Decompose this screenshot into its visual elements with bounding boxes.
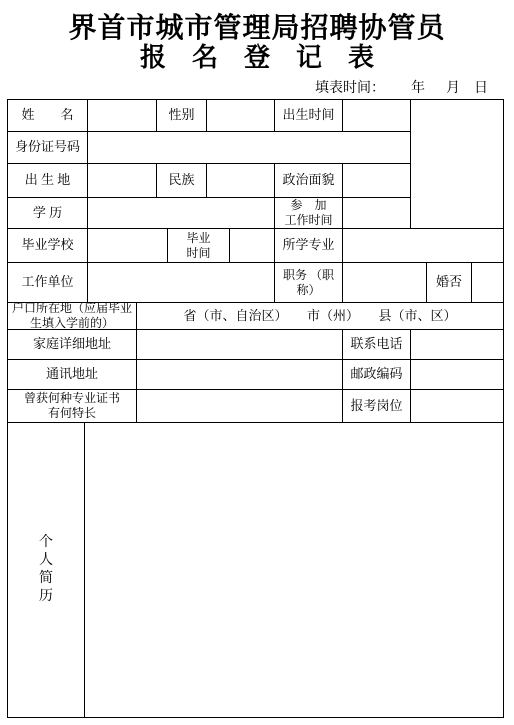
fill-time-label: 填表时间： — [315, 81, 385, 96]
birth-time-label: 出生时间 — [282, 107, 334, 123]
political-status-label: 政治面貌 — [282, 172, 334, 188]
phone-input-cell[interactable] — [411, 330, 504, 360]
grad-time-input-cell[interactable] — [230, 229, 275, 263]
marital-status-input-cell[interactable] — [472, 263, 504, 303]
certificates-input-cell[interactable] — [137, 390, 343, 423]
grad-school-input-cell[interactable] — [88, 229, 168, 263]
position-title-input-cell[interactable] — [343, 263, 427, 303]
id-number-input-cell[interactable] — [88, 132, 411, 164]
postal-code-input-cell[interactable] — [411, 360, 504, 390]
grad-time-label: 毕业 时间 — [186, 231, 210, 261]
form-title-line2: 报 名 登 记 表 — [0, 37, 514, 74]
registration-form-table: 姓 名 性别 出生时间 身份证号码 出 生 地 民族 政治面貌 学 历 参 加 … — [7, 99, 504, 718]
certificates-label: 曾获何种专业证书 有何特长 — [24, 391, 120, 421]
apply-position-label: 报考岗位 — [350, 398, 402, 414]
resume-label: 个 人 简 历 — [39, 534, 53, 607]
major-label: 所学专业 — [282, 237, 334, 253]
hukou-location-input-cell[interactable]: 省（市、自治区） 市（州） 县（市、区） — [137, 303, 504, 330]
marital-status-label: 婚否 — [436, 274, 462, 290]
resume-input-area[interactable] — [85, 423, 504, 718]
name-label: 姓 名 — [21, 107, 73, 123]
home-address-input-cell[interactable] — [137, 330, 343, 360]
major-input-cell[interactable] — [343, 229, 504, 263]
work-unit-input-cell[interactable] — [88, 263, 275, 303]
home-address-label: 家庭详细地址 — [33, 336, 111, 352]
photo-area[interactable] — [411, 100, 504, 229]
fill-time-day-label: 日 — [474, 81, 488, 96]
education-label: 学 历 — [33, 205, 62, 221]
phone-label: 联系电话 — [350, 336, 402, 352]
hukou-location-template-text: 省（市、自治区） 市（州） 县（市、区） — [183, 308, 456, 324]
gender-input-cell[interactable] — [207, 100, 275, 132]
fill-time-year-label: 年 — [411, 81, 425, 96]
birth-place-input-cell[interactable] — [88, 164, 157, 198]
ethnic-input-cell[interactable] — [207, 164, 275, 198]
education-input-cell[interactable] — [88, 198, 275, 229]
birth-place-label: 出 生 地 — [25, 172, 71, 188]
birth-time-input-cell[interactable] — [343, 100, 411, 132]
position-title-label: 职务 （职 称） — [283, 268, 334, 298]
grad-school-label: 毕业学校 — [21, 237, 73, 253]
name-input-cell[interactable] — [88, 100, 157, 132]
id-number-label: 身份证号码 — [15, 139, 80, 155]
political-status-input-cell[interactable] — [343, 164, 411, 198]
work-start-input-cell[interactable] — [343, 198, 411, 229]
gender-label: 性别 — [168, 107, 194, 123]
postal-code-label: 邮政编码 — [350, 366, 402, 382]
hukou-label: 户口所在地（应届毕业 生填入学前的） — [12, 303, 132, 330]
fill-time-row: 填表时间：年月日 — [315, 77, 488, 97]
work-unit-label: 工作单位 — [21, 274, 73, 290]
mail-address-label: 通讯地址 — [46, 366, 98, 382]
work-start-label: 参 加 工作时间 — [284, 198, 332, 228]
mail-address-input-cell[interactable] — [137, 360, 343, 390]
ethnic-label: 民族 — [168, 172, 194, 188]
apply-position-input-cell[interactable] — [411, 390, 504, 423]
fill-time-month-label: 月 — [446, 81, 460, 96]
